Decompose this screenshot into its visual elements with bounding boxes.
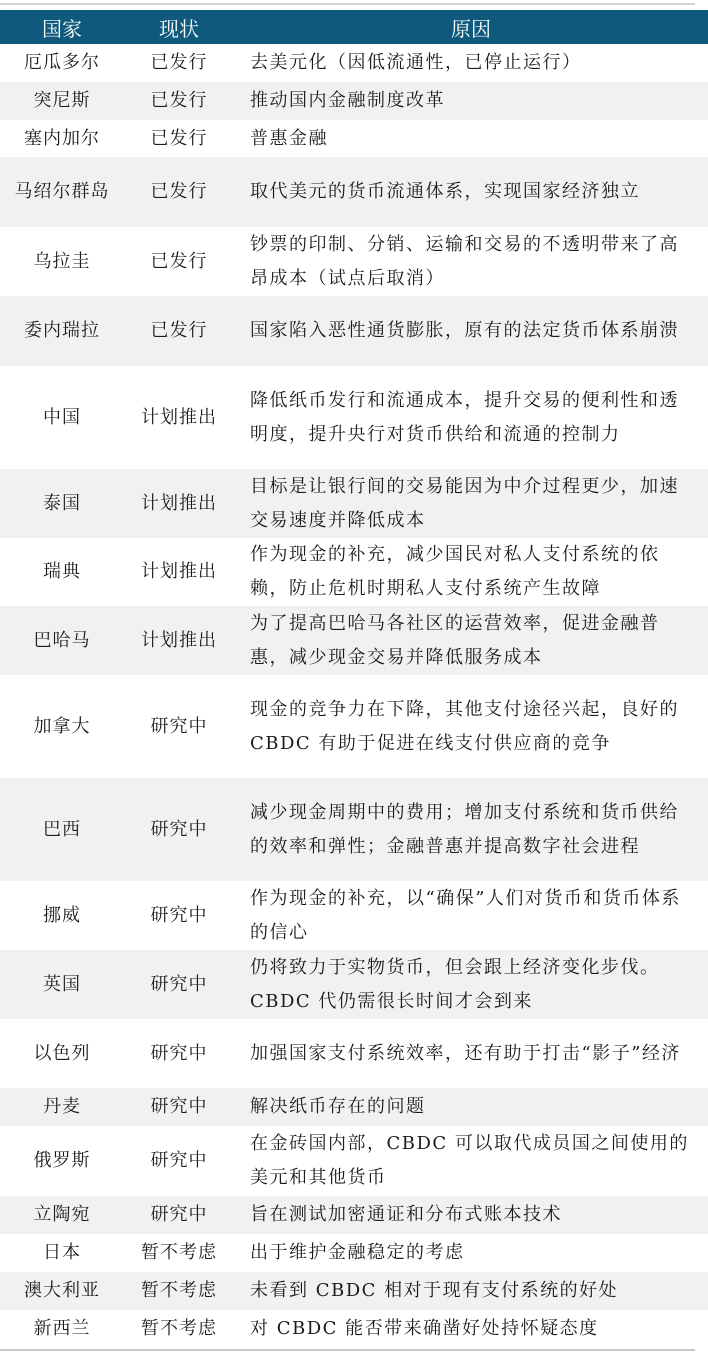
table-row: 突尼斯已发行推动国内金融制度改革 xyxy=(0,82,708,120)
cell-country: 挪威 xyxy=(0,899,124,933)
cell-status: 计划推出 xyxy=(124,624,234,658)
cell-status: 已发行 xyxy=(124,314,234,348)
cell-reason: 旨在测试加密通证和分布式账本技术 xyxy=(234,1198,708,1232)
header-reason: 原因 xyxy=(234,13,708,42)
cell-country: 突尼斯 xyxy=(0,84,124,118)
table-row: 巴哈马计划推出为了提高巴哈马各社区的运营效率，促进金融普惠，减少现金交易并降低服… xyxy=(0,606,708,675)
table-row: 中国计划推出降低纸币发行和流通成本，提升交易的便利性和透明度，提升央行对货币供给… xyxy=(0,366,708,469)
cell-country: 巴西 xyxy=(0,813,124,847)
cell-country: 澳大利亚 xyxy=(0,1274,124,1308)
table-row: 乌拉圭已发行钞票的印制、分销、运输和交易的不透明带来了高昂成本（试点后取消） xyxy=(0,227,708,296)
cell-status: 暂不考虑 xyxy=(124,1312,234,1346)
table-row: 巴西研究中减少现金周期中的费用；增加支付系统和货币供给的效率和弹性；金融普惠并提… xyxy=(0,778,708,881)
cell-country: 加拿大 xyxy=(0,710,124,744)
cell-country: 新西兰 xyxy=(0,1312,124,1346)
table-row: 瑞典计划推出作为现金的补充，减少国民对私人支付系统的依赖，防止危机时期私人支付系… xyxy=(0,538,708,606)
cell-reason: 减少现金周期中的费用；增加支付系统和货币供给的效率和弹性；金融普惠并提高数字社会… xyxy=(234,796,708,864)
table-row: 厄瓜多尔已发行去美元化（因低流通性，已停止运行） xyxy=(0,44,708,82)
header-country: 国家 xyxy=(0,13,124,42)
cell-country: 英国 xyxy=(0,968,124,1002)
table-row: 加拿大研究中现金的竞争力在下降，其他支付途径兴起，良好的 CBDC 有助于促进在… xyxy=(0,675,708,778)
table-row: 塞内加尔已发行普惠金融 xyxy=(0,120,708,157)
table-row: 丹麦研究中解决纸币存在的问题 xyxy=(0,1088,708,1126)
cell-reason: 去美元化（因低流通性，已停止运行） xyxy=(234,46,708,80)
cell-status: 暂不考虑 xyxy=(124,1274,234,1308)
cell-reason: 现金的竞争力在下降，其他支付途径兴起，良好的 CBDC 有助于促进在线支付供应商… xyxy=(234,693,708,761)
table-body: 厄瓜多尔已发行去美元化（因低流通性，已停止运行）突尼斯已发行推动国内金融制度改革… xyxy=(0,44,708,1348)
cell-reason: 未看到 CBDC 相对于现有支付系统的好处 xyxy=(234,1274,708,1308)
cell-country: 巴哈马 xyxy=(0,624,124,658)
cell-country: 中国 xyxy=(0,401,124,435)
cell-reason: 作为现金的补充，减少国民对私人支付系统的依赖，防止危机时期私人支付系统产生故障 xyxy=(234,538,708,606)
cell-reason: 钞票的印制、分销、运输和交易的不透明带来了高昂成本（试点后取消） xyxy=(234,228,708,296)
bottom-rule xyxy=(0,1349,695,1351)
cell-reason: 目标是让银行间的交易能因为中介过程更少，加速交易速度并降低成本 xyxy=(234,470,708,538)
cell-country: 乌拉圭 xyxy=(0,245,124,279)
table-row: 马绍尔群岛已发行取代美元的货币流通体系，实现国家经济独立 xyxy=(0,157,708,227)
cell-reason: 加强国家支付系统效率，还有助于打击“影子”经济 xyxy=(234,1037,708,1071)
table-row: 新西兰暂不考虑对 CBDC 能否带来确凿好处持怀疑态度 xyxy=(0,1310,708,1348)
cell-country: 厄瓜多尔 xyxy=(0,46,124,80)
cell-status: 研究中 xyxy=(124,1090,234,1124)
cell-country: 瑞典 xyxy=(0,555,124,589)
cell-status: 研究中 xyxy=(124,1198,234,1232)
cell-status: 已发行 xyxy=(124,84,234,118)
cell-country: 泰国 xyxy=(0,487,124,521)
cell-reason: 作为现金的补充，以“确保”人们对货币和货币体系的信心 xyxy=(234,882,708,950)
cell-reason: 为了提高巴哈马各社区的运营效率，促进金融普惠，减少现金交易并降低服务成本 xyxy=(234,607,708,675)
cell-status: 计划推出 xyxy=(124,555,234,589)
cell-status: 计划推出 xyxy=(124,487,234,521)
cell-status: 已发行 xyxy=(124,122,234,156)
cell-country: 丹麦 xyxy=(0,1090,124,1124)
cell-reason: 推动国内金融制度改革 xyxy=(234,84,708,118)
cell-country: 马绍尔群岛 xyxy=(0,175,124,209)
cell-country: 俄罗斯 xyxy=(0,1144,124,1178)
cell-country: 委内瑞拉 xyxy=(0,314,124,348)
cell-country: 塞内加尔 xyxy=(0,122,124,156)
table-row: 英国研究中仍将致力于实物货币，但会跟上经济变化步伐。CBDC 代仍需很长时间才会… xyxy=(0,950,708,1019)
cell-reason: 降低纸币发行和流通成本，提升交易的便利性和透明度，提升央行对货币供给和流通的控制… xyxy=(234,384,708,452)
table-row: 以色列研究中加强国家支付系统效率，还有助于打击“影子”经济 xyxy=(0,1019,708,1088)
cell-status: 暂不考虑 xyxy=(124,1236,234,1270)
cell-status: 已发行 xyxy=(124,175,234,209)
cell-status: 研究中 xyxy=(124,710,234,744)
table-row: 泰国计划推出目标是让银行间的交易能因为中介过程更少，加速交易速度并降低成本 xyxy=(0,469,708,538)
table-row: 日本暂不考虑出于维护金融稳定的考虑 xyxy=(0,1234,708,1272)
cell-reason: 普惠金融 xyxy=(234,122,708,156)
table-row: 俄罗斯研究中在金砖国内部，CBDC 可以取代成员国之间使用的美元和其他货币 xyxy=(0,1126,708,1196)
cell-status: 研究中 xyxy=(124,1037,234,1071)
cell-reason: 国家陷入恶性通货膨胀，原有的法定货币体系崩溃 xyxy=(234,314,708,348)
cell-country: 日本 xyxy=(0,1236,124,1270)
cell-status: 已发行 xyxy=(124,46,234,80)
cbdc-country-table: 国家 现状 原因 厄瓜多尔已发行去美元化（因低流通性，已停止运行）突尼斯已发行推… xyxy=(0,10,708,1348)
table-row: 立陶宛研究中旨在测试加密通证和分布式账本技术 xyxy=(0,1196,708,1234)
header-status: 现状 xyxy=(124,13,234,42)
table-row: 挪威研究中作为现金的补充，以“确保”人们对货币和货币体系的信心 xyxy=(0,881,708,950)
cell-country: 立陶宛 xyxy=(0,1198,124,1232)
cell-reason: 出于维护金融稳定的考虑 xyxy=(234,1236,708,1270)
cell-reason: 仍将致力于实物货币，但会跟上经济变化步伐。CBDC 代仍需很长时间才会到来 xyxy=(234,951,708,1019)
table-header: 国家 现状 原因 xyxy=(0,10,708,44)
cell-country: 以色列 xyxy=(0,1037,124,1071)
cell-reason: 在金砖国内部，CBDC 可以取代成员国之间使用的美元和其他货币 xyxy=(234,1127,708,1195)
cell-reason: 解决纸币存在的问题 xyxy=(234,1090,708,1124)
cell-reason: 对 CBDC 能否带来确凿好处持怀疑态度 xyxy=(234,1312,708,1346)
cell-status: 已发行 xyxy=(124,245,234,279)
cell-reason: 取代美元的货币流通体系，实现国家经济独立 xyxy=(234,175,708,209)
table-row: 委内瑞拉已发行国家陷入恶性通货膨胀，原有的法定货币体系崩溃 xyxy=(0,296,708,366)
top-rule xyxy=(0,3,695,5)
cell-status: 研究中 xyxy=(124,968,234,1002)
cell-status: 计划推出 xyxy=(124,401,234,435)
cell-status: 研究中 xyxy=(124,899,234,933)
cell-status: 研究中 xyxy=(124,813,234,847)
cell-status: 研究中 xyxy=(124,1144,234,1178)
table-row: 澳大利亚暂不考虑未看到 CBDC 相对于现有支付系统的好处 xyxy=(0,1272,708,1310)
